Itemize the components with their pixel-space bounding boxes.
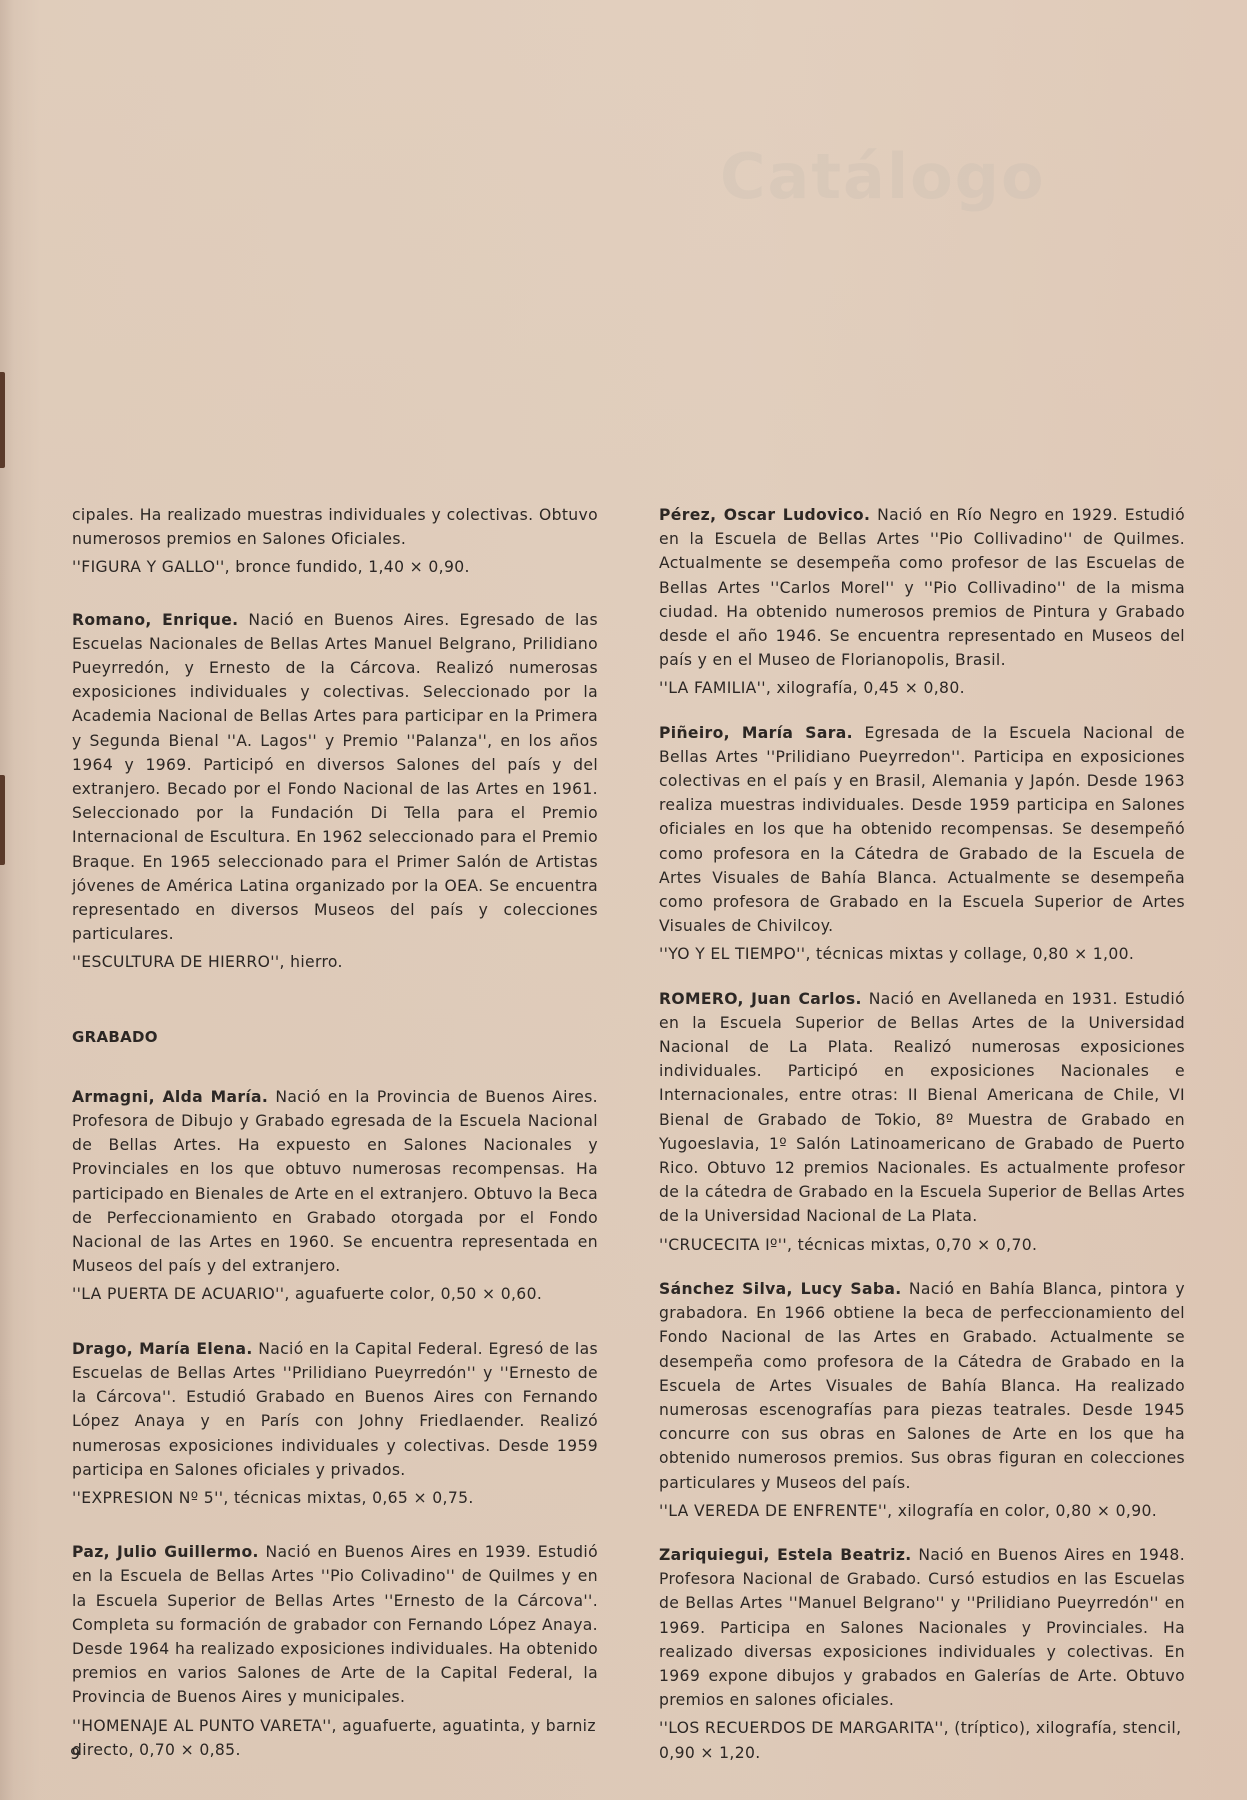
entry-bio: Nació en Buenos Aires. Egresado de las E… xyxy=(72,611,598,944)
entry-perez: Pérez, Oscar Ludovico. Nació en Río Negr… xyxy=(659,503,1185,701)
entry-bio: Nació en Bahía Blanca, pintora y grabado… xyxy=(659,1280,1185,1492)
right-column: Pérez, Oscar Ludovico. Nació en Río Negr… xyxy=(659,503,1185,1785)
entry-text: Piñeiro, María Sara. Egresada de la Escu… xyxy=(659,721,1185,939)
artist-name: Zariquiegui, Estela Beatriz. xyxy=(659,1546,912,1564)
entry-work: ''FIGURA Y GALLO'', bronce fundido, 1,40… xyxy=(72,555,598,579)
entry-text: Drago, María Elena. Nació en la Capital … xyxy=(72,1337,598,1482)
artist-name: Romano, Enrique. xyxy=(72,611,238,629)
entry-bio: Nació en Buenos Aires en 1948. Profesora… xyxy=(659,1546,1185,1709)
artist-name: Piñeiro, María Sara. xyxy=(659,724,853,742)
entry-continuation: cipales. Ha realizado muestras individua… xyxy=(72,503,598,580)
entry-bio: Nació en la Provincia de Buenos Aires. P… xyxy=(72,1088,598,1275)
entry-bio: cipales. Ha realizado muestras individua… xyxy=(72,503,598,551)
artist-name: ROMERO, Juan Carlos. xyxy=(659,990,862,1008)
entry-bio: Nació en la Capital Federal. Egresó de l… xyxy=(72,1340,598,1479)
entry-work: ''HOMENAJE AL PUNTO VARETA'', aguafuerte… xyxy=(72,1714,598,1762)
entry-bio: Nació en Avellaneda en 1931. Estudió en … xyxy=(659,990,1185,1226)
entry-pineiro: Piñeiro, María Sara. Egresada de la Escu… xyxy=(659,721,1185,967)
artist-name: Sánchez Silva, Lucy Saba. xyxy=(659,1280,902,1298)
left-column: cipales. Ha realizado muestras individua… xyxy=(72,503,598,1782)
entry-work: ''LA VEREDA DE ENFRENTE'', xilografía en… xyxy=(659,1499,1185,1523)
entry-bio: Egresada de la Escuela Nacional de Bella… xyxy=(659,724,1185,936)
entry-drago: Drago, María Elena. Nació en la Capital … xyxy=(72,1337,598,1510)
entry-sanchez-silva: Sánchez Silva, Lucy Saba. Nació en Bahía… xyxy=(659,1277,1185,1523)
entry-armagni: Armagni, Alda María. Nació en la Provinc… xyxy=(72,1085,598,1307)
entry-work: ''YO Y EL TIEMPO'', técnicas mixtas y co… xyxy=(659,942,1185,966)
binding-mark xyxy=(0,372,5,468)
entry-romero: ROMERO, Juan Carlos. Nació en Avellaneda… xyxy=(659,987,1185,1257)
entry-zariquiegui: Zariquiegui, Estela Beatriz. Nació en Bu… xyxy=(659,1543,1185,1765)
entry-bio: Nació en Río Negro en 1929. Estudió en l… xyxy=(659,506,1185,669)
entry-work: ''LA FAMILIA'', xilografía, 0,45 × 0,80. xyxy=(659,676,1185,700)
faded-title: Catálogo xyxy=(720,140,1046,213)
entry-text: Romano, Enrique. Nació en Buenos Aires. … xyxy=(72,608,598,947)
entry-bio: Nació en Buenos Aires en 1939. Estudió e… xyxy=(72,1543,598,1706)
entry-work: ''ESCULTURA DE HIERRO'', hierro. xyxy=(72,950,598,974)
section-heading: GRABADO xyxy=(72,1025,598,1049)
entry-text: Armagni, Alda María. Nació en la Provinc… xyxy=(72,1085,598,1279)
entry-work: ''LA PUERTA DE ACUARIO'', aguafuerte col… xyxy=(72,1282,598,1306)
entry-romano: Romano, Enrique. Nació en Buenos Aires. … xyxy=(72,608,598,975)
artist-name: Armagni, Alda María. xyxy=(72,1088,268,1106)
entry-text: ROMERO, Juan Carlos. Nació en Avellaneda… xyxy=(659,987,1185,1229)
entry-work: ''CRUCECITA Iº'', técnicas mixtas, 0,70 … xyxy=(659,1233,1185,1257)
artist-name: Paz, Julio Guillermo. xyxy=(72,1543,259,1561)
entry-paz: Paz, Julio Guillermo. Nació en Buenos Ai… xyxy=(72,1540,598,1762)
entry-text: Sánchez Silva, Lucy Saba. Nació en Bahía… xyxy=(659,1277,1185,1495)
entry-work: ''EXPRESION Nº 5'', técnicas mixtas, 0,6… xyxy=(72,1486,598,1510)
binding-mark xyxy=(0,775,5,865)
page-number: 9 xyxy=(70,1744,80,1763)
entry-text: Paz, Julio Guillermo. Nació en Buenos Ai… xyxy=(72,1540,598,1709)
artist-name: Pérez, Oscar Ludovico. xyxy=(659,506,870,524)
entry-work: ''LOS RECUERDOS DE MARGARITA'', (tríptic… xyxy=(659,1716,1185,1764)
entry-text: Pérez, Oscar Ludovico. Nació en Río Negr… xyxy=(659,503,1185,672)
artist-name: Drago, María Elena. xyxy=(72,1340,253,1358)
entry-text: Zariquiegui, Estela Beatriz. Nació en Bu… xyxy=(659,1543,1185,1712)
